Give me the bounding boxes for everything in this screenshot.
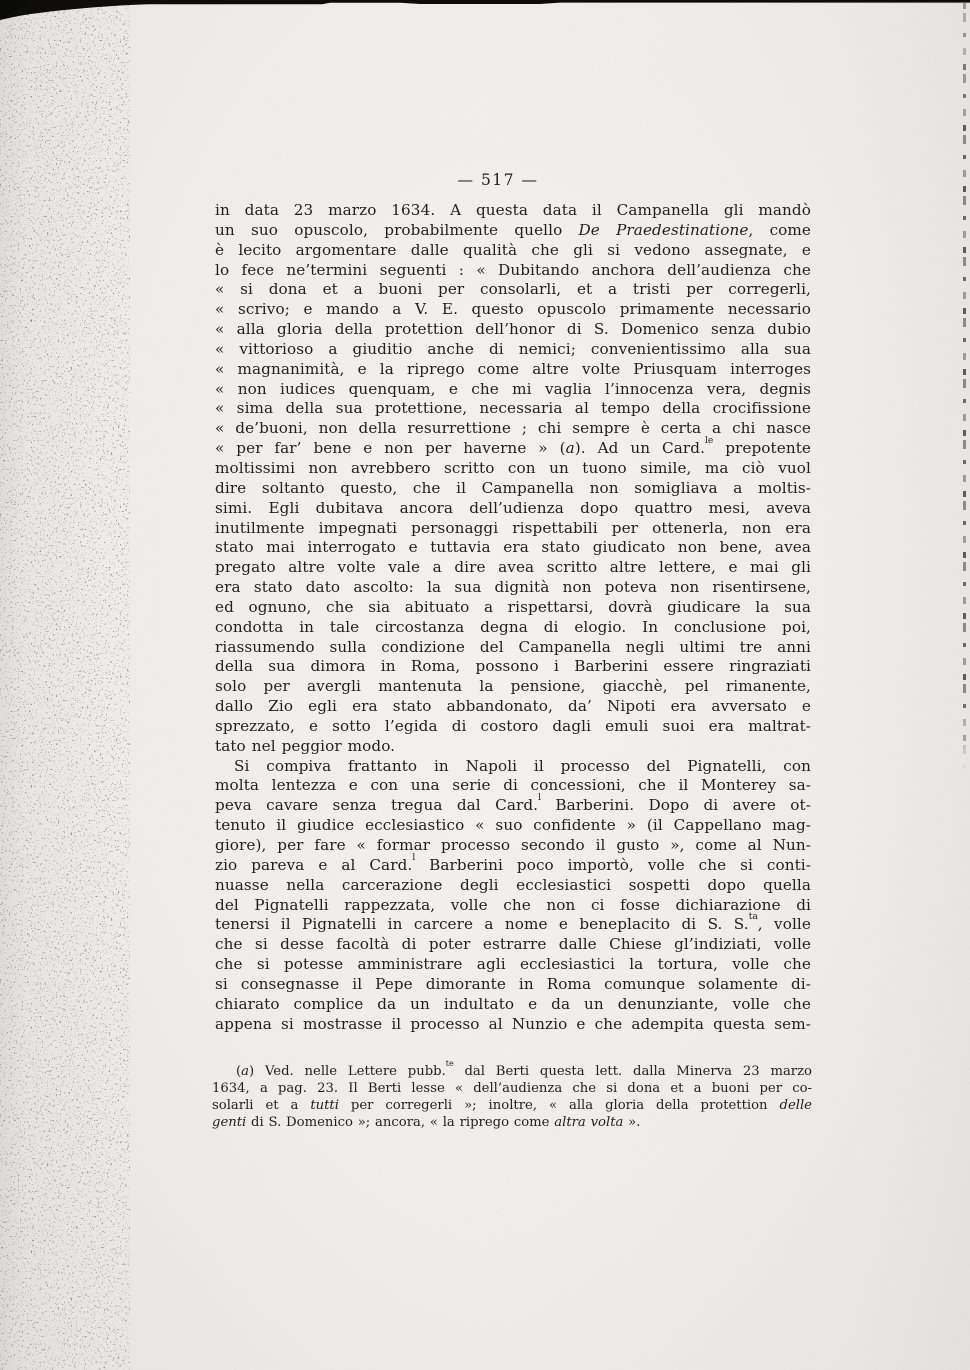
text-line: zio pareva e al Card.l Barberini poco im… bbox=[215, 856, 811, 876]
text-line: dire soltanto questo, che il Campanella … bbox=[215, 479, 811, 499]
text-line: si consegnasse il Pepe dimorante in Roma… bbox=[215, 975, 811, 995]
footnote: (a) Ved. nelle Lettere pubb.te dal Berti… bbox=[212, 1063, 812, 1131]
text-line: è lecito argomentare dalle qualità che g… bbox=[215, 241, 811, 261]
scan-right-edge-line bbox=[963, 3, 966, 1083]
text-line: pregato altre volte vale a dire avea scr… bbox=[215, 558, 811, 578]
text-line: sprezzato, e sotto l’egida di costoro da… bbox=[215, 717, 811, 737]
text-line: « sima della sua protettione, necessaria… bbox=[215, 399, 811, 419]
footnote-line: genti di S. Domenico »; ancora, « la rip… bbox=[212, 1114, 812, 1131]
text-line: solo per avergli mantenuta la pensione, … bbox=[215, 677, 811, 697]
text-line: tenersi il Pignatelli in carcere a nome … bbox=[215, 915, 811, 935]
text-line: che si desse facoltà di poter estrarre d… bbox=[215, 935, 811, 955]
footnote-line: (a) Ved. nelle Lettere pubb.te dal Berti… bbox=[212, 1063, 812, 1080]
text-line: giore), per fare « formar processo secon… bbox=[215, 836, 811, 856]
text-line: molta lentezza e con una serie di conces… bbox=[215, 776, 811, 796]
text-line: che si potesse amministrare agli ecclesi… bbox=[215, 955, 811, 975]
text-line: « vittorioso a giuditio anche di nemici;… bbox=[215, 340, 811, 360]
text-line: del Pignatelli rappezzata, volle che non… bbox=[215, 896, 811, 916]
scanned-page: — 517 — in data 23 marzo 1634. A questa … bbox=[0, 0, 970, 1370]
text-line: Si compiva frattanto in Napoli il proces… bbox=[215, 757, 811, 777]
scan-top-edge-shadow bbox=[0, 0, 970, 26]
footnote-line: 1634, a pag. 23. Il Berti lesse « dell’a… bbox=[212, 1080, 812, 1097]
text-line: « non iudices quenquam, e che mi vaglia … bbox=[215, 380, 811, 400]
text-line: « alla gloria della protettion dell’hono… bbox=[215, 320, 811, 340]
text-line: un suo opuscolo, probabilmente quello De… bbox=[215, 221, 811, 241]
scan-left-edge-noise bbox=[0, 0, 130, 1370]
body-text: in data 23 marzo 1634. A questa data il … bbox=[215, 201, 811, 1034]
text-line: era stato dato ascolto: la sua dignità n… bbox=[215, 578, 811, 598]
text-line: moltissimi non avrebbero scritto con un … bbox=[215, 459, 811, 479]
page-number: — 517 — bbox=[200, 171, 796, 189]
text-line: chiarato complice da un indultato e da u… bbox=[215, 995, 811, 1015]
text-line: « de’buoni, non della resurrettione ; ch… bbox=[215, 419, 811, 439]
text-line: tenuto il giudice ecclesiastico « suo co… bbox=[215, 816, 811, 836]
text-line: « per far’ bene e non per haverne » (a).… bbox=[215, 439, 811, 459]
text-line: lo fece ne’termini seguenti : « Dubitand… bbox=[215, 261, 811, 281]
text-line: simi. Egli dubitava ancora dell’udienza … bbox=[215, 499, 811, 519]
text-line: in data 23 marzo 1634. A questa data il … bbox=[215, 201, 811, 221]
text-line: « si dona et a buoni per consolarli, et … bbox=[215, 280, 811, 300]
text-line: nuasse nella carcerazione degli ecclesia… bbox=[215, 876, 811, 896]
footnote-line: solarli et a tutti per corregerli »; ino… bbox=[212, 1097, 812, 1114]
text-line: stato mai interrogato e tuttavia era sta… bbox=[215, 538, 811, 558]
text-line: della sua dimora in Roma, possono i Barb… bbox=[215, 657, 811, 677]
text-line: riassumendo sulla condizione del Campane… bbox=[215, 638, 811, 658]
text-line: condotta in tale circostanza degna di el… bbox=[215, 618, 811, 638]
text-line: « scrivo; e mando a V. E. questo opuscol… bbox=[215, 300, 811, 320]
text-line: ed ognuno, che sia abituato a rispettars… bbox=[215, 598, 811, 618]
text-line: dallo Zio egli era stato abbandonato, da… bbox=[215, 697, 811, 717]
text-line: tato nel peggior modo. bbox=[215, 737, 811, 757]
text-line: inutilmente impegnati personaggi rispett… bbox=[215, 519, 811, 539]
text-line: « magnanimità, e la riprego come altre v… bbox=[215, 360, 811, 380]
text-line: appena si mostrasse il processo al Nunzi… bbox=[215, 1015, 811, 1035]
text-line: peva cavare senza tregua dal Card.l Barb… bbox=[215, 796, 811, 816]
